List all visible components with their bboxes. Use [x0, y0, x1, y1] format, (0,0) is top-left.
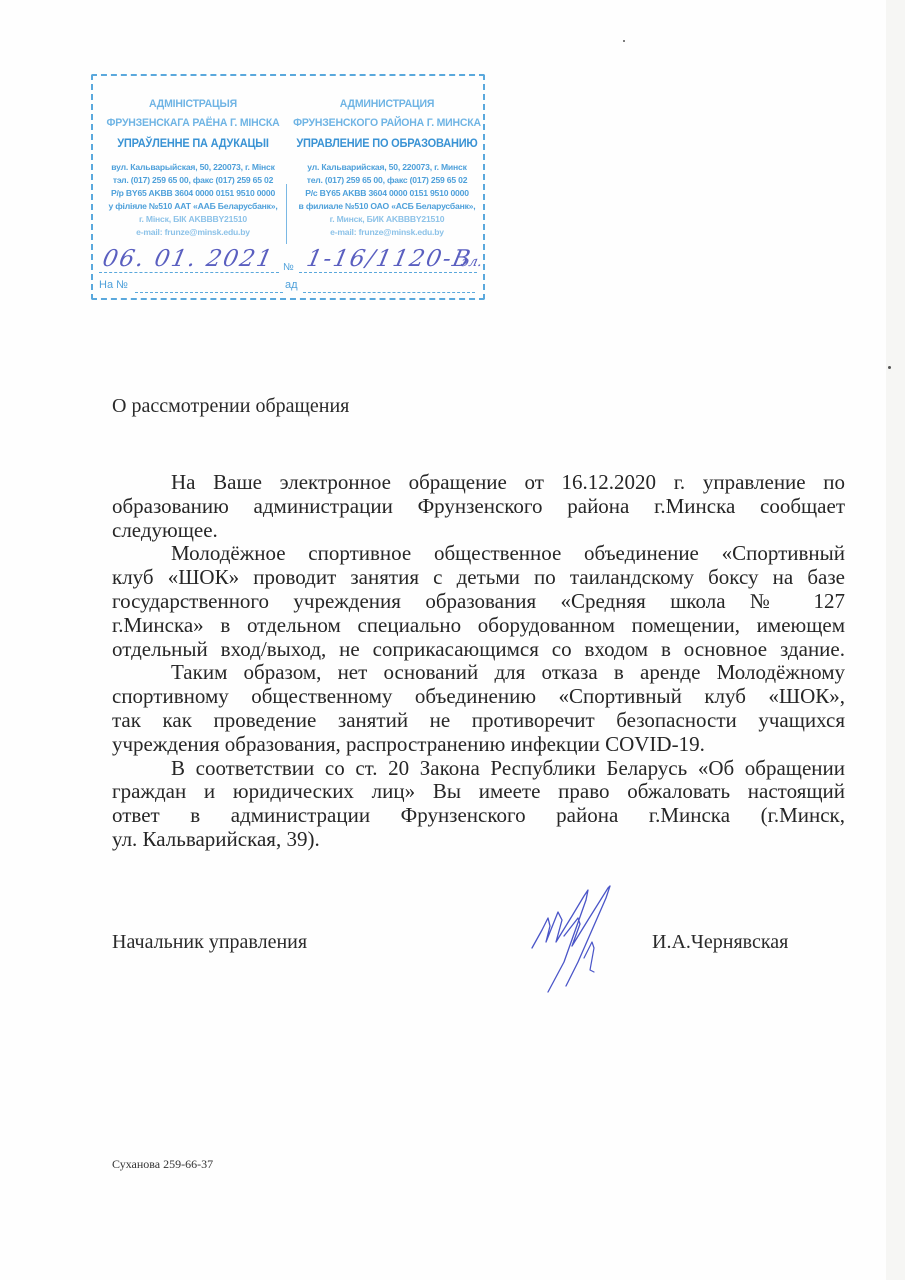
- body-line: В соответствии со ст. 20 Закона Республи…: [112, 757, 845, 781]
- body-line: учреждения образования, распространению …: [112, 733, 845, 757]
- reference-label: На №: [99, 279, 128, 291]
- number-underline: [299, 272, 477, 273]
- handwritten-date: 06. 01. 2021: [100, 246, 276, 272]
- stamp-heading: УПРАЎЛЕННЕ ПА АДУКАЦЫІ: [95, 131, 291, 156]
- stamp-heading: ФРУНЗЕНСКАГА РАЁНА Г. МІНСКА: [95, 115, 291, 133]
- stamp-russian-column: АДМИНИСТРАЦИЯ ФРУНЗЕНСКОГО РАЙОНА Г. МИН…: [289, 94, 485, 239]
- scan-edge: [886, 0, 905, 1280]
- stamp-address-line: вул. Кальварыйская, 50, 220073, г. Мінск: [95, 161, 291, 174]
- stamp-address-line: в филиале №510 ОАО «АСБ Беларусбанк»,: [289, 200, 485, 213]
- stamp-address-line: Р/с BY65 AKBB 3604 0000 0151 9510 0000: [289, 187, 485, 200]
- stamp-address-line: у філіяле №510 ААТ «ААБ Беларусбанк»,: [95, 200, 291, 213]
- executor-contact: Суханова 259-66-37: [112, 1157, 213, 1172]
- body-line: образованию администрации Фрунзенского р…: [112, 495, 845, 519]
- stamp-heading: АДМИНИСТРАЦИЯ: [289, 93, 485, 115]
- scan-speck: [888, 366, 891, 369]
- registration-stamp: АДМІНІСТРАЦЫЯ ФРУНЗЕНСКАГА РАЁНА Г. МІНС…: [91, 74, 485, 300]
- body-line: На Ваше электронное обращение от 16.12.2…: [112, 471, 845, 495]
- handwritten-registration-number: 1-16/1120-В: [304, 246, 474, 272]
- stamp-belarusian-column: АДМІНІСТРАЦЫЯ ФРУНЗЕНСКАГА РАЁНА Г. МІНС…: [95, 94, 291, 239]
- body-line: так как проведение занятий не противореч…: [112, 709, 845, 733]
- body-line: отдельный вход/выход, не соприкасающимся…: [112, 638, 845, 662]
- handwritten-signature-icon: [528, 882, 648, 997]
- body-line: государственного учреждения образования …: [112, 590, 845, 614]
- stamp-email: e-mail: frunze@minsk.edu.by: [95, 226, 291, 239]
- stamp-address-line: г. Мінск, БІК AKBBBY21510: [95, 213, 291, 226]
- signatory-title: Начальник управления: [112, 931, 307, 954]
- body-line: ответ в администрации Фрунзенского район…: [112, 804, 845, 828]
- letter-body: На Ваше электронное обращение от 16.12.2…: [112, 471, 845, 852]
- reference-from-label: ад: [285, 279, 298, 291]
- stamp-address-line: г. Минск, БИК AKBBBY21510: [289, 213, 485, 226]
- stamp-divider: [286, 184, 287, 244]
- stamp-address-line: тэл. (017) 259 65 00, факс (017) 259 65 …: [95, 174, 291, 187]
- scan-speck: [623, 40, 625, 42]
- number-label: №: [283, 262, 294, 273]
- body-line: спортивному общественному объединению «С…: [112, 685, 845, 709]
- body-line: г.Минска» в отдельном специально оборудо…: [112, 614, 845, 638]
- body-line: следующее.: [112, 519, 845, 543]
- date-underline: [99, 272, 279, 273]
- body-line: клуб «ШОК» проводит занятия с детьми по …: [112, 566, 845, 590]
- stamp-email: e-mail: frunze@minsk.edu.by: [289, 226, 485, 239]
- body-line: Таким образом, нет оснований для отказа …: [112, 661, 845, 685]
- stamp-heading: АДМІНІСТРАЦЫЯ: [95, 93, 291, 115]
- body-line: ул. Кальварийская, 39).: [112, 828, 845, 852]
- stamp-heading: УПРАВЛЕНИЕ ПО ОБРАЗОВАНИЮ: [289, 131, 485, 156]
- body-line: Молодёжное спортивное общественное объед…: [112, 542, 845, 566]
- stamp-address-line: тел. (017) 259 65 00, факс (017) 259 65 …: [289, 174, 485, 187]
- reference-from-underline: [303, 292, 475, 293]
- letter-subject: О рассмотрении обращения: [112, 395, 349, 418]
- stamp-address-line: ул. Кальварийская, 50, 220073, г. Минск: [289, 161, 485, 174]
- stamp-heading: ФРУНЗЕНСКОГО РАЙОНА Г. МИНСКА: [289, 115, 485, 133]
- stamp-address-line: Р/р BY65 AKBB 3604 0000 0151 9510 0000: [95, 187, 291, 200]
- handwritten-number-suffix: эл.: [459, 254, 484, 270]
- reference-underline: [135, 292, 283, 293]
- document-page: АДМІНІСТРАЦЫЯ ФРУНЗЕНСКАГА РАЁНА Г. МІНС…: [0, 0, 905, 1280]
- body-line: граждан и юридических лиц» Вы имеете пра…: [112, 780, 845, 804]
- signatory-name: И.А.Чернявская: [652, 931, 788, 954]
